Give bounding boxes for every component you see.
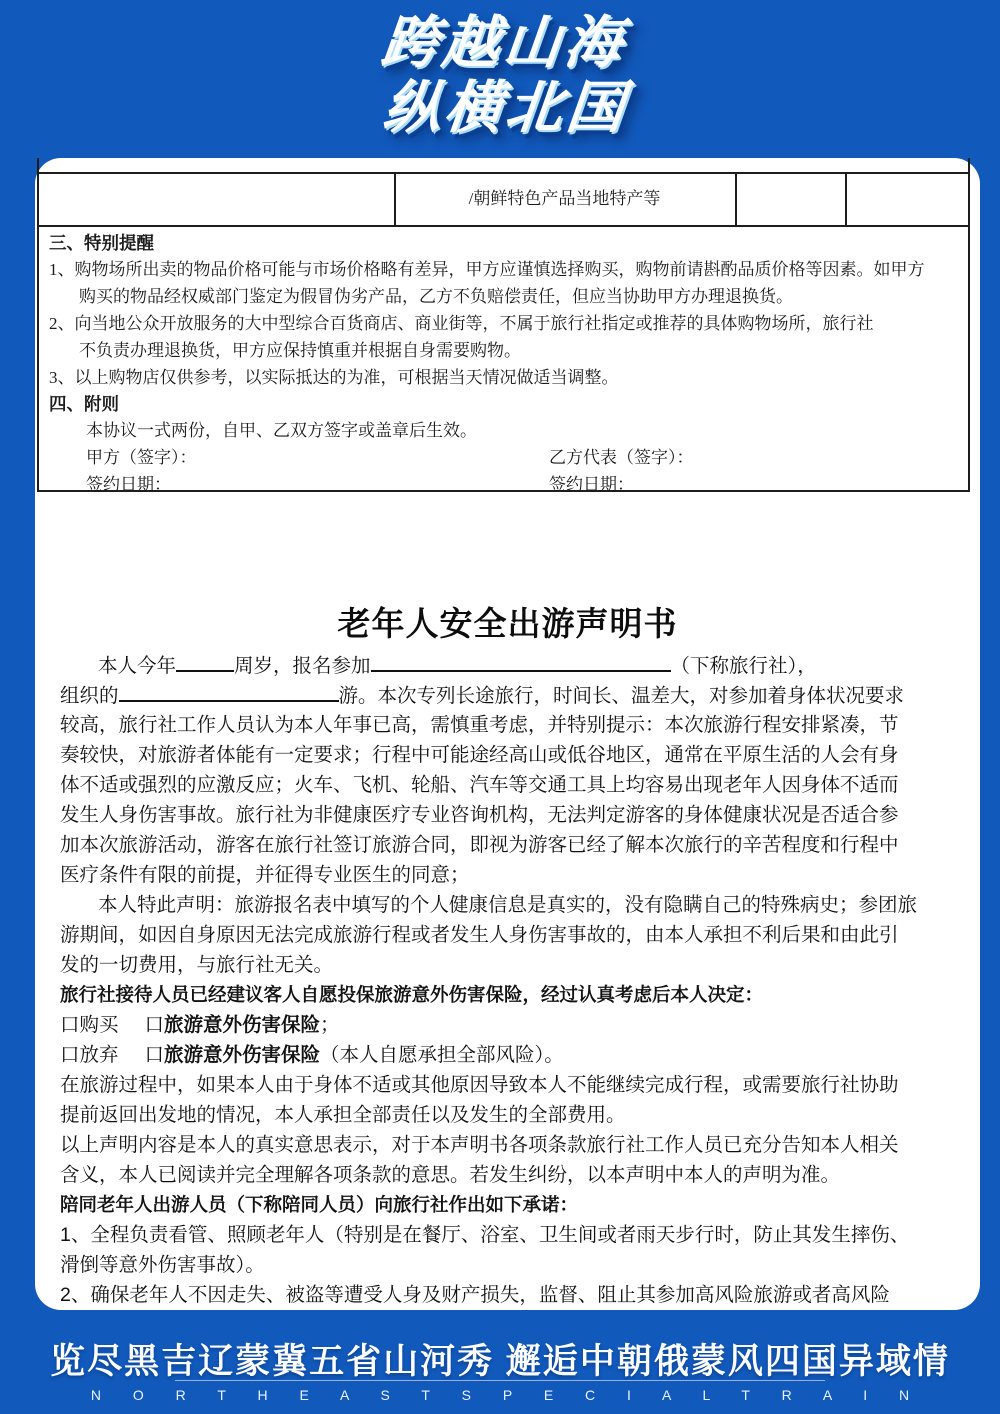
decl-line: 较高，旅行社工作人员认为本人年事已高，需慎重考虑，并特别提示：本次旅游行程安排紧…	[60, 710, 942, 740]
decl-l1-post: （下称旅行社），	[671, 655, 817, 677]
decl-line: 游期间，如因自身原因无法完成旅游行程或者发生人身伤害事故的，由本人承担不利后果和…	[60, 920, 942, 950]
decl-line: 滑倒等意外伤害事故）。	[60, 1250, 942, 1280]
decl-line: 在旅游过程中，如果本人由于身体不适或其他原因导致本人不能继续完成行程，或需要旅行…	[60, 1070, 942, 1100]
tour-blank-field[interactable]	[119, 680, 339, 702]
decl-line: 以上声明内容是本人的真实意思表示，对于本声明书各项条款旅行社工作人员已充分告知本…	[60, 1130, 942, 1160]
decl-l1-mid: 周岁，报名参加	[234, 655, 371, 677]
decl-line: 体不适或强烈的应激反应；火车、飞机、轮船、汽车等交通工具上均容易出现老年人因身体…	[60, 770, 942, 800]
buy-insurance-label: 旅游意外伤害保险	[164, 1014, 320, 1036]
insurance-buy-line: 口购买口旅游意外伤害保险；	[60, 1010, 942, 1040]
decl-line: 发的一切费用，与旅行社无关。	[60, 950, 942, 980]
footer-divider	[175, 1380, 825, 1381]
decl-line: 医疗条件有限的前提，并征得专业医生的同意；	[60, 860, 942, 890]
party-a-date-label[interactable]: 签约日期：	[86, 475, 171, 494]
decl-l2-post: 游。本次专列长途旅行，时间长、温差大，对参加着身体状况要求	[339, 685, 905, 707]
logo-line-1: 跨越山海	[0, 10, 1000, 76]
footer-subtitle: N O R T H E A S T S P E C I A L T R A I …	[0, 1387, 1000, 1403]
decl-line: 提前返回出发地的情况，本人承担全部责任以及发生的全部费用。	[60, 1100, 942, 1130]
item1-line2: 购买的物品经权威部门鉴定为假冒伪劣产品，乙方不负赔偿责任，但应当协助甲方办理退换…	[49, 283, 954, 310]
logo-line-2: 纵横北国	[11, 76, 1000, 140]
document-sheet: /朝鲜特色产品当地特产等 三、特别提醒 1、购物场所出卖的物品价格可能与市场价格…	[35, 158, 980, 1310]
section4-heading: 四、附则	[49, 391, 954, 417]
section4-text: 本协议一式两份，自甲、乙双方签字或盖章后生效。	[49, 417, 954, 444]
decl-line: 发生人身伤害事故。旅行社为非健康医疗专业咨询机构，无法判定游客的身体健康状况是否…	[60, 800, 942, 830]
footer-slogan: 览尽黑吉辽蒙冀五省山河秀 邂逅中朝俄蒙风四国异域情	[0, 1334, 1000, 1384]
waive-insurance-label: 旅游意外伤害保险	[164, 1044, 320, 1066]
table-row-bottom-border	[39, 225, 968, 227]
section3-heading: 三、特别提醒	[49, 230, 954, 256]
waive-checkbox[interactable]: 口放弃	[60, 1044, 119, 1066]
item3: 3、以上购物店仅供参考，以实际抵达的为准，可根据当天情况做适当调整。	[49, 364, 954, 391]
age-blank-field[interactable]	[176, 650, 234, 672]
agency-blank-field[interactable]	[371, 650, 671, 672]
decl-l2-pre: 组织的	[60, 685, 119, 707]
item2-line1: 2、向当地公众开放服务的大中型综合百货商店、商业街等，不属于旅行社指定或推荐的具…	[49, 310, 954, 337]
item1-line1: 1、购物场所出卖的物品价格可能与市场价格略有差异，甲方应谨慎选择购买，购物前请斟…	[49, 256, 954, 283]
decl-line-opening: 本人今年周岁，报名参加（下称旅行社），	[60, 650, 942, 680]
companion-promise-bold-line: 陪同老年人出游人员（下称陪同人员）向旅行社作出如下承诺：	[60, 1190, 942, 1220]
agreement-table-box: /朝鲜特色产品当地特产等 三、特别提醒 1、购物场所出卖的物品价格可能与市场价格…	[37, 158, 970, 492]
decl-line-tour: 组织的游。本次专列长途旅行，时间长、温差大，对参加着身体状况要求	[60, 680, 942, 710]
decl-line: 2、确保老年人不因走失、被盗等遭受人身及财产损失，监督、阻止其参加高风险旅游或者…	[60, 1280, 942, 1310]
agreement-text: 三、特别提醒 1、购物场所出卖的物品价格可能与市场价格略有差异，甲方应谨慎选择购…	[49, 230, 954, 498]
buy-insurance-checkbox[interactable]: 口	[145, 1014, 165, 1036]
party-b-date-label[interactable]: 签约日期：	[549, 471, 634, 498]
decl-line: 1、全程负责看管、照顾老年人（特别是在餐厅、浴室、卫生间或者雨天步行时，防止其发…	[60, 1220, 942, 1250]
decl-l1-pre: 本人今年	[98, 655, 176, 677]
decl-line: 含义，本人已阅读并完全理解各项条款的意思。若发生纠纷，以本声明中本人的声明为准。	[60, 1160, 942, 1190]
decl-line: 加本次旅游活动，游客在旅行社签订旅游合同，即视为游客已经了解本次旅行的辛苦程度和…	[60, 830, 942, 860]
waive-insurance-checkbox[interactable]: 口	[145, 1044, 165, 1066]
brand-logo: 跨越山海 纵横北国	[0, 10, 1000, 140]
page-background: 跨越山海 纵横北国 /朝鲜特色产品当地特产等 三、特别提醒 1、购物场所出卖的物…	[0, 0, 1000, 1414]
insurance-waive-line: 口放弃口旅游意外伤害保险（本人自愿承担全部风险）。	[60, 1040, 942, 1070]
decl-line: 奏较快，对旅游者体能有一定要求；行程中可能途经高山或低谷地区，通常在平原生活的人…	[60, 740, 942, 770]
table-cell-products: /朝鲜特色产品当地特产等	[394, 172, 735, 225]
party-b-signature-label[interactable]: 乙方代表（签字）：	[549, 444, 694, 471]
declaration-body: 本人今年周岁，报名参加（下称旅行社）， 组织的游。本次专列长途旅行，时间长、温差…	[60, 650, 942, 1310]
buy-punct: ；	[320, 1014, 340, 1036]
buy-checkbox[interactable]: 口购买	[60, 1014, 119, 1036]
declaration-title: 老年人安全出游声明书	[35, 598, 980, 645]
item2-line2: 不负责办理退换货，甲方应保持慎重并根据自身需要购物。	[49, 337, 954, 364]
table-cell-divider	[735, 172, 737, 225]
party-a-signature-label[interactable]: 甲方（签字）：	[86, 448, 197, 467]
waive-punct: （本人自愿承担全部风险）。	[320, 1044, 564, 1066]
table-cell-divider	[845, 172, 847, 225]
insurance-advice-bold-line: 旅行社接待人员已经建议客人自愿投保旅游意外伤害保险，经过认真考虑后本人决定：	[60, 980, 942, 1010]
decl-line: 本人特此声明：旅游报名表中填写的个人健康信息是真实的，没有隐瞒自己的特殊病史；参…	[60, 890, 942, 920]
